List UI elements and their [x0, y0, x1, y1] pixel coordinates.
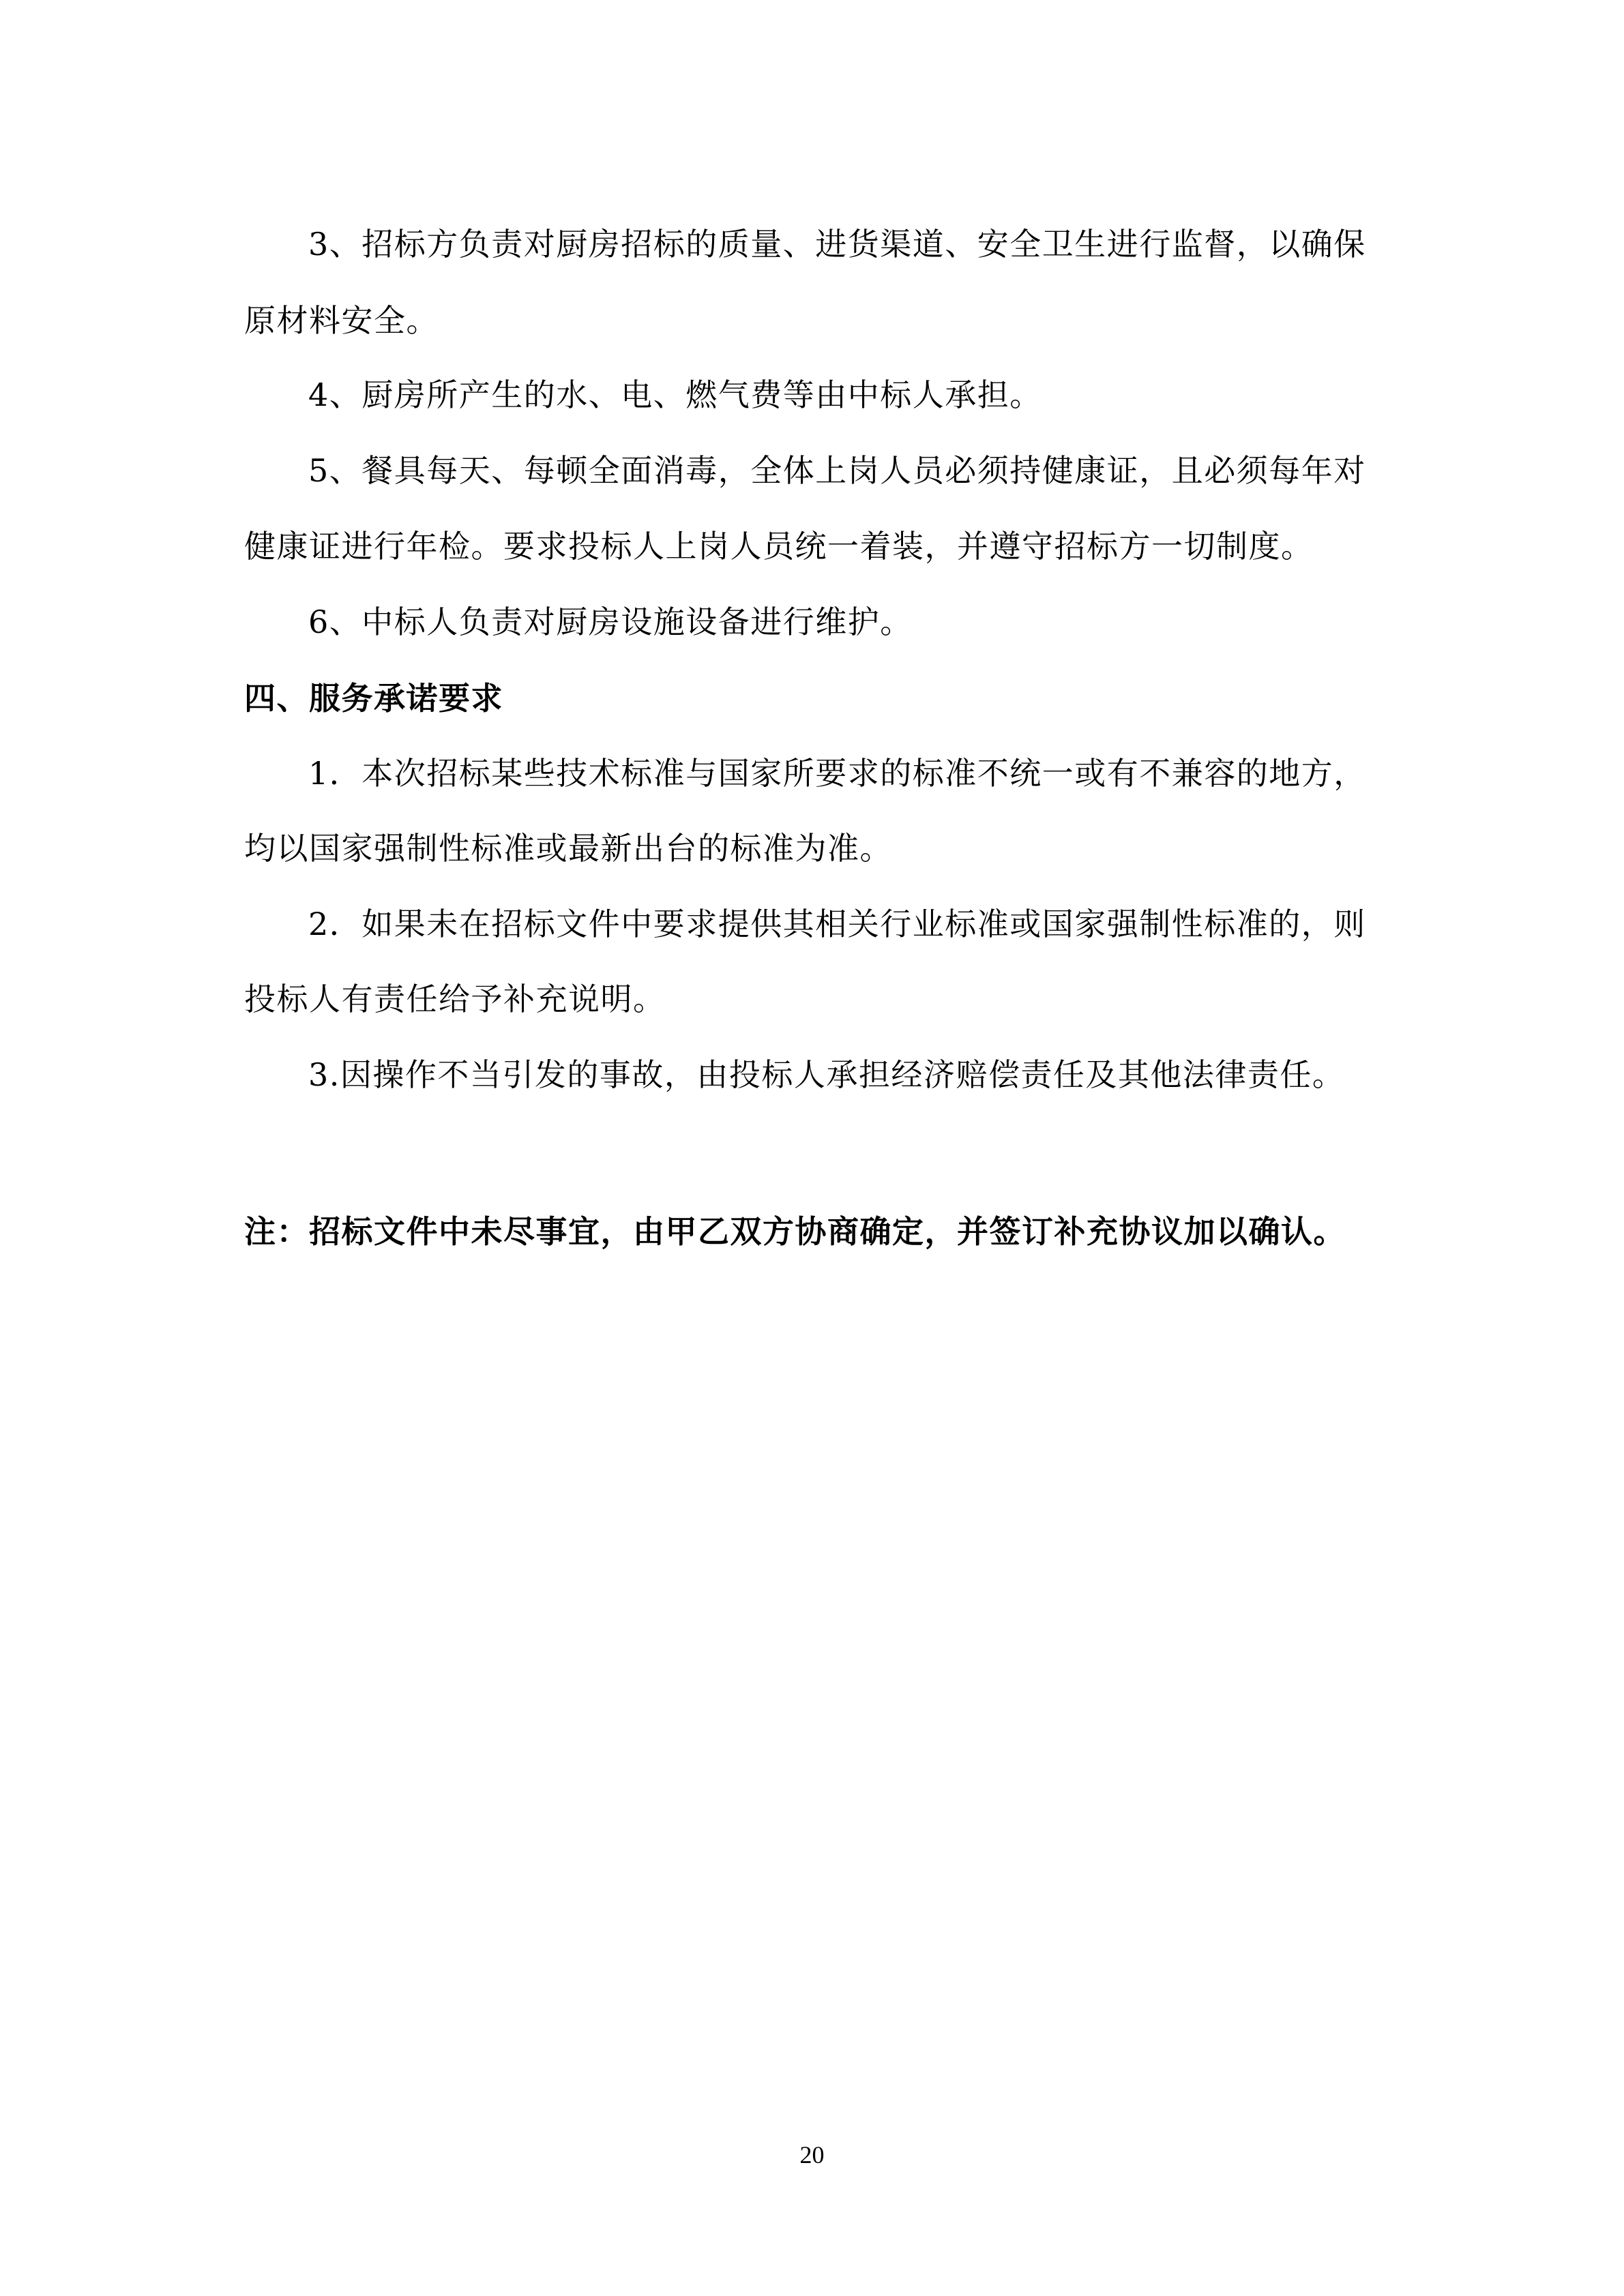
section-item-1-line-2: 均以国家强制性标准或最新出台的标准为准。 [244, 828, 1390, 869]
paragraph-3-line-1: 3、招标方负责对厨房招标的质量、进货渠道、安全卫生进行监督，以确保 [308, 224, 1454, 265]
paragraph-5-line-2: 健康证进行年检。要求投标人上岗人员统一着装，并遵守招标方一切制度。 [244, 526, 1390, 567]
page-number: 20 [0, 2140, 1624, 2170]
section-item-1-line-1: 1．本次招标某些技术标准与国家所要求的标准不统一或有不兼容的地方， [308, 753, 1454, 794]
paragraph-6-line-1: 6、中标人负责对厨房设施设备进行维护。 [308, 601, 1454, 642]
note-text: 注：招标文件中未尽事宜，由甲乙双方协商确定，并签订补充协议加以确认。 [244, 1211, 1390, 1252]
document-page: 3、招标方负责对厨房招标的质量、进货渠道、安全卫生进行监督，以确保 原材料安全。… [0, 0, 1624, 2296]
paragraph-4-line-1: 4、厨房所产生的水、电、燃气费等由中标人承担。 [308, 374, 1454, 415]
section-item-2-line-1: 2．如果未在招标文件中要求提供其相关行业标准或国家强制性标准的，则 [308, 904, 1454, 944]
section-item-2-line-2: 投标人有责任给予补充说明。 [244, 979, 1390, 1019]
paragraph-3-line-2: 原材料安全。 [244, 300, 1390, 341]
paragraph-5-line-1: 5、餐具每天、每顿全面消毒，全体上岗人员必须持健康证，且必须每年对 [308, 450, 1454, 491]
section-heading: 四、服务承诺要求 [244, 678, 1390, 719]
section-item-3-line-1: 3.因操作不当引发的事故，由投标人承担经济赔偿责任及其他法律责任。 [308, 1054, 1454, 1095]
